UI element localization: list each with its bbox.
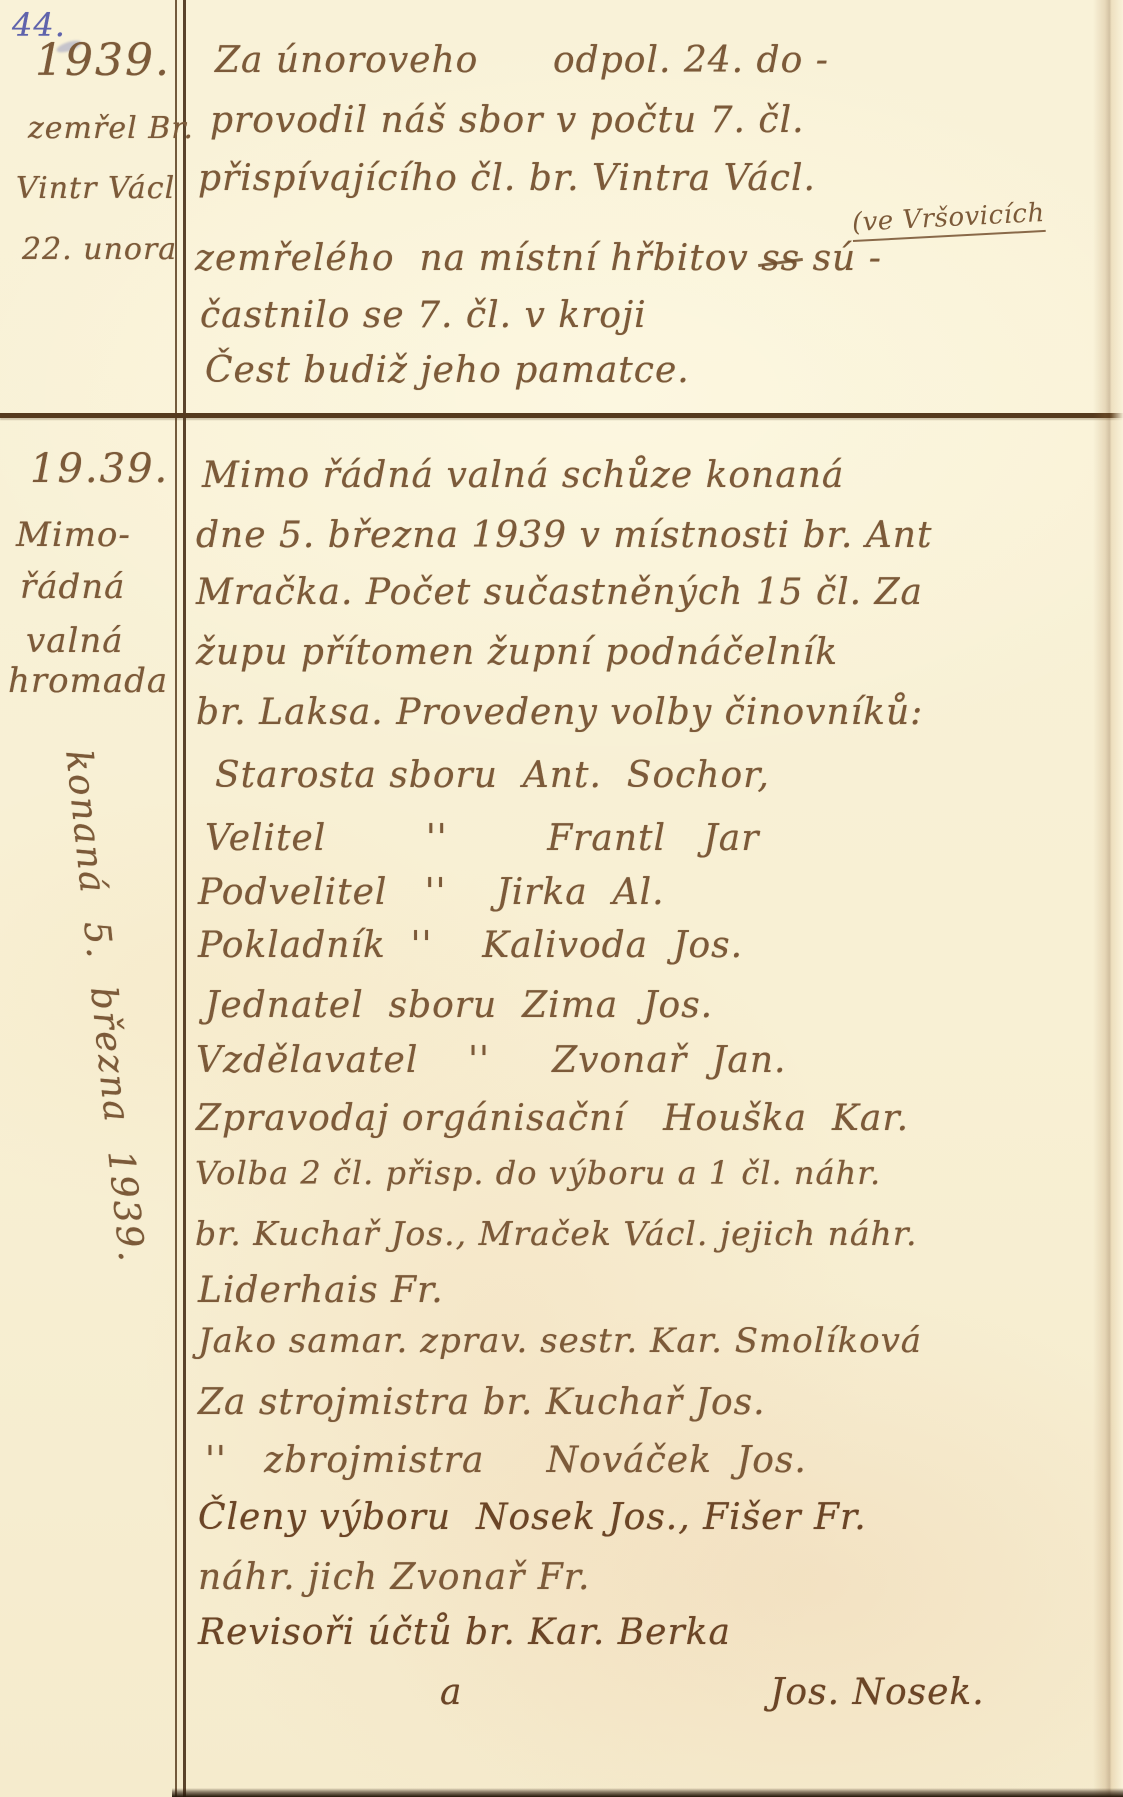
entry2-margin-line: hromada — [8, 662, 168, 701]
body-line: Starosta sboru Ant. Sochor, — [215, 755, 770, 796]
body-line: Pokladník '' Kalivoda Jos. — [198, 925, 743, 966]
body-line: Jako samar. zprav. sestr. Kar. Smolíková — [198, 1322, 922, 1361]
body-line: br. Laksa. Provedeny volby činovníků: — [196, 692, 923, 733]
body-line: Liderhais Fr. — [198, 1270, 444, 1311]
margin-rule-inner — [183, 0, 186, 1797]
entry1-margin-line: Vintr Václ — [16, 172, 175, 207]
line-segment: zemřelého na místní hřbitov — [195, 238, 761, 279]
body-line: přispívajícího čl. br. Vintra Václ. — [198, 158, 816, 199]
entry2-margin-line: Mimo- — [16, 516, 131, 555]
closing-names: Jos. Nosek. — [770, 1672, 985, 1713]
margin-rule-outer — [175, 0, 177, 1797]
struck-word: ss — [761, 238, 800, 279]
body-line: Revisoři účtů br. Kar. Berka — [198, 1612, 731, 1653]
page-edge-crease — [1093, 0, 1123, 1797]
entry2-margin-line: valná — [26, 622, 124, 661]
body-line: Čest budiž jeho pamatce. — [205, 350, 690, 391]
body-line: Jednatel sboru Zima Jos. — [205, 985, 713, 1026]
body-line: Podvelitel '' Jirka Al. — [198, 872, 665, 913]
body-line: Členy výboru Nosek Jos., Fišer Fr. — [198, 1497, 867, 1538]
entry2-margin-line: řádná — [20, 568, 125, 607]
body-line: Mimo řádná valná schůze konaná — [202, 455, 844, 496]
body-line: Zpravodaj orgánisační Houška Kar. — [196, 1098, 909, 1139]
entry1-margin-line: zemřel Br. — [28, 112, 194, 147]
body-line: Vzdělavatel '' Zvonař Jan. — [196, 1040, 786, 1081]
body-line: Volba 2 čl. přisp. do výboru a 1 čl. náh… — [195, 1155, 881, 1192]
line-segment: sú - — [800, 238, 882, 279]
body-line: častnilo se 7. čl. v kroji — [200, 295, 647, 336]
body-line: provodil náš sbor v počtu 7. čl. — [210, 100, 805, 141]
body-line: náhr. jich Zvonař Fr. — [198, 1557, 590, 1598]
closing-conjunction: a — [440, 1672, 462, 1713]
section-divider-line — [0, 413, 1123, 418]
body-line: '' zbrojmistra Nováček Jos. — [205, 1440, 807, 1481]
body-line: Mračka. Počet sučastněných 15 čl. Za — [196, 572, 923, 613]
interline-insertion: (ve Vršovicích — [851, 198, 1045, 242]
body-line: župu přítomen župní podnáčelník — [196, 632, 838, 673]
page-bottom-edge — [172, 1788, 1123, 1797]
body-line: Za únoroveho odpol. 24. do - — [215, 40, 829, 81]
entry1-margin-year: 1939. — [35, 36, 171, 87]
body-line: Za strojmistra br. Kuchař Jos. — [198, 1382, 766, 1423]
entry1-margin-line: 22. unora — [22, 233, 177, 268]
body-line: br. Kuchař Jos., Mraček Václ. jejich náh… — [195, 1215, 917, 1253]
body-line: dne 5. března 1939 v místnosti br. Ant — [196, 515, 932, 556]
body-line-with-strikethrough: zemřelého na místní hřbitov ss sú - — [195, 238, 882, 279]
entry2-margin-year: 19.39. — [30, 446, 169, 492]
rotated-margin-note: konaná 5. března 1939. — [57, 748, 152, 1265]
ledger-page: 44. 1939. zemřel Br. Vintr Václ 22. unor… — [0, 0, 1123, 1797]
body-line: Velitel '' Frantl Jar — [205, 818, 759, 859]
